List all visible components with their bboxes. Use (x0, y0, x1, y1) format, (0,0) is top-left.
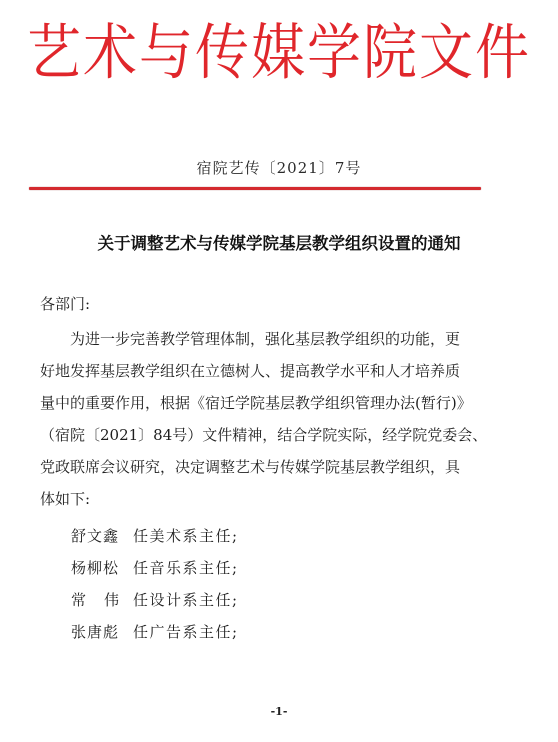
appointee-name: 舒文鑫 (71, 520, 133, 552)
red-divider-line (29, 187, 481, 190)
appointee-name: 张唐彪 (71, 616, 133, 648)
appointment-item: 舒文鑫 任美术系主任; (71, 520, 239, 552)
appointment-item: 张唐彪 任广告系主任; (71, 616, 239, 648)
appointee-name-part: 常 (71, 584, 86, 616)
notice-title: 关于调整艺术与传媒学院基层教学组织设置的通知 (0, 230, 558, 254)
body-line: （宿院〔2021〕84号）文件精神，结合学院实际，经学院党委会、 (40, 419, 520, 451)
body-line: 党政联席会议研究，决定调整艺术与传媒学院基层教学组织，具 (40, 451, 520, 483)
appointment-item: 杨柳松 任音乐系主任; (71, 552, 239, 584)
body-line: 好地发挥基层教学组织在立德树人、提高教学水平和人才培养质 (40, 355, 520, 387)
body-line: 体如下: (40, 483, 520, 515)
appointment-item: 常 伟 任设计系主任; (71, 584, 239, 616)
body-line: 量中的重要作用，根据《宿迁学院基层教学组织管理办法(暂行)》 (40, 387, 520, 419)
appointment-role: 任音乐系主任; (133, 552, 239, 584)
body-line: 为进一步完善教学管理体制，强化基层教学组织的功能，更 (40, 323, 520, 355)
appointment-role: 任广告系主任; (133, 616, 239, 648)
notice-body: 为进一步完善教学管理体制，强化基层教学组织的功能，更 好地发挥基层教学组织在立德… (40, 323, 520, 515)
appointee-name-part: 伟 (104, 584, 119, 616)
page-number: -1- (0, 705, 558, 718)
salutation: 各部门: (40, 293, 90, 314)
appointment-role: 任设计系主任; (133, 584, 239, 616)
document-number: 宿院艺传〔2021〕7号 (0, 157, 558, 178)
appointee-name: 杨柳松 (71, 552, 133, 584)
masthead-title: 艺术与传媒学院文件 (0, 8, 558, 98)
appointee-name: 常 伟 (71, 584, 119, 616)
appointment-role: 任美术系主任; (133, 520, 239, 552)
appointment-list: 舒文鑫 任美术系主任; 杨柳松 任音乐系主任; 常 伟 任设计系主任; 张唐彪 … (71, 520, 239, 648)
